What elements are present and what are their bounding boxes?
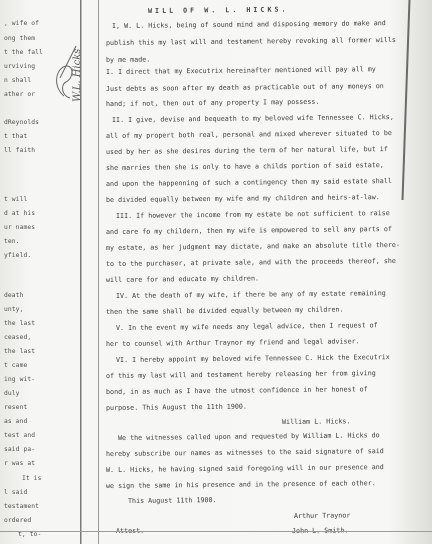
- left-fragment: ten.: [4, 238, 20, 245]
- left-fragment: ordered: [4, 517, 31, 524]
- left-fragment: urviving: [4, 63, 35, 70]
- left-fragment: ing wit-: [4, 376, 35, 383]
- left-fragment: t came: [4, 362, 27, 369]
- body-line: I. I direct that my Executrix hereinafte…: [106, 65, 376, 76]
- body-line: by me made.: [106, 56, 150, 64]
- left-fragment: duly: [4, 390, 20, 397]
- left-fragment: t the fall: [4, 49, 43, 56]
- body-line: her to counsel with Arthur Traynor my fr…: [106, 337, 360, 348]
- margin-rule: [98, 0, 99, 544]
- margin-signature: W.L. Hicks: [72, 49, 83, 102]
- left-fragment: ur names: [4, 224, 35, 231]
- body-line: and care fo my childern, then my wife is…: [106, 225, 392, 236]
- body-line: IV. At the death of my wife, if there be…: [116, 289, 386, 300]
- left-fragment: r was at: [4, 460, 35, 467]
- body-line: my estate, as her judgment may dictate, …: [106, 241, 400, 252]
- witness-signature: Arthur Traynor: [294, 511, 350, 520]
- left-fragment: t that: [4, 133, 27, 140]
- left-fragment: ll faith: [4, 147, 35, 154]
- left-fragment: test and: [4, 432, 35, 439]
- body-line: II. I give, devise and bequeath to my be…: [112, 113, 394, 124]
- page-bottom-edge: [0, 531, 432, 532]
- left-fragment: dReynolds: [4, 119, 39, 126]
- body-line: I, W. L. Hicks, being of sound mind and …: [112, 19, 386, 30]
- document-title: WILL OF W. L. HICKS.: [148, 6, 289, 15]
- left-fragment: unty,: [4, 306, 23, 313]
- body-line: W. L. Hicks, he having signed said foreg…: [106, 463, 384, 474]
- left-fragment: the last: [4, 320, 35, 327]
- left-fragment: the last: [4, 348, 35, 355]
- left-fragment: death: [4, 292, 23, 299]
- body-line: VI. I hereby appoint my beloved wife Ten…: [116, 353, 390, 364]
- body-line: bond, in as much as I have the utmost co…: [106, 385, 368, 396]
- testator-signature: William L. Hicks.: [282, 417, 351, 426]
- body-line: be divided equally between my wife and m…: [106, 193, 380, 204]
- left-fragment: d at his: [4, 210, 35, 217]
- left-fragment: yfield.: [4, 252, 31, 259]
- body-line: hand; if not, then out of any property I…: [106, 98, 319, 108]
- left-fragment: , wife of: [4, 20, 39, 27]
- document-page: , wife of ong them t the fall urviving n…: [0, 0, 432, 544]
- left-fragment: said pa-: [4, 446, 35, 453]
- left-fragment: t, to-: [18, 531, 41, 538]
- left-fragment: ong them: [4, 35, 35, 42]
- left-fragment: n shall: [4, 77, 31, 84]
- left-fragment: as and: [4, 418, 27, 425]
- body-line: purpose. This August the 11th 1900.: [106, 403, 247, 412]
- body-line: to to the purchaser, at private sale, an…: [106, 257, 396, 268]
- body-line: hereby subscribe our names as witnesses …: [106, 447, 384, 458]
- left-fragment: testament: [4, 503, 39, 510]
- body-line: all of my propert both real, personal an…: [106, 129, 392, 140]
- body-line: of this my last will and testament hereb…: [106, 369, 376, 380]
- left-fragment: ather or: [4, 91, 35, 98]
- body-line: V. In the event my wife needs any legal …: [116, 321, 378, 332]
- body-line: will care for and educate my children.: [106, 274, 259, 284]
- body-line: and upon the happenning of such a contin…: [106, 177, 392, 188]
- body-line: Just debts as soon after my death as pra…: [106, 82, 384, 93]
- body-line: This August 11th 1900.: [128, 496, 217, 505]
- left-fragment: It is: [22, 475, 41, 482]
- left-fragment: ceased,: [4, 334, 31, 341]
- body-line: publish this my last will and testament …: [106, 36, 396, 47]
- body-line: We the witnesses called upon and request…: [118, 431, 380, 442]
- left-fragment: t will: [4, 196, 27, 203]
- body-line: III. If however the income from my estat…: [116, 209, 390, 220]
- page-edge: [402, 0, 411, 200]
- body-line: we sign the same in his presence and in …: [106, 479, 376, 490]
- left-fragment: l said: [4, 489, 27, 496]
- body-line: she marries then she is only to have a c…: [106, 161, 384, 172]
- body-line: then the same shall be divided equally b…: [106, 306, 344, 316]
- left-fragment: resent: [4, 404, 27, 411]
- body-line: used by her as she desires during the te…: [106, 145, 388, 156]
